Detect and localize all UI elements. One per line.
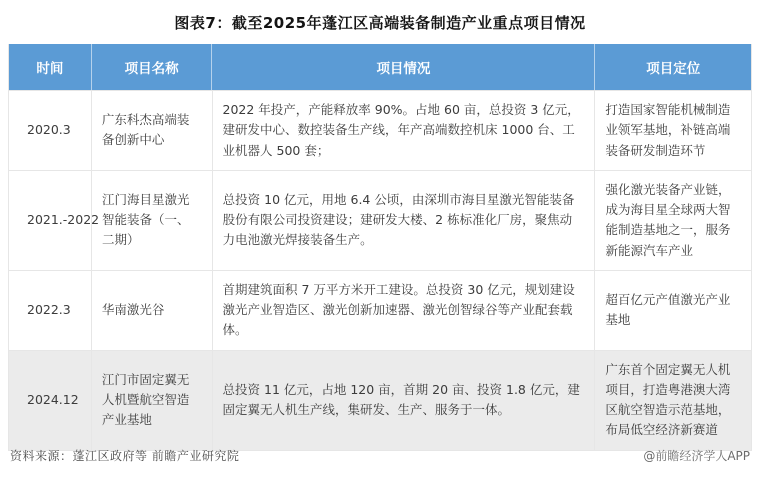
- cell-project-name: 江门市固定翼无人机暨航空智造产业基地: [91, 351, 212, 450]
- cell-project-detail: 总投资 11 亿元，占地 120 亩，首期 20 亩、投资 1.8 亿元，建固定…: [212, 351, 595, 450]
- cell-time: 2021.-2022: [9, 171, 91, 270]
- cell-time: 2024.12: [9, 351, 91, 450]
- cell-project-positioning: 强化激光装备产业链，成为海目星全球两大智能制造基地之一，服务新能源汽车产业: [594, 171, 751, 270]
- cell-project-detail: 总投资 10 亿元，用地 6.4 公顷，由深圳市海目星激光智能装备股份有限公司投…: [212, 171, 595, 270]
- header-cell-project-positioning: 项目定位: [594, 44, 751, 90]
- header-cell-project-name: 项目名称: [91, 44, 212, 90]
- cell-time: 2020.3: [9, 91, 91, 170]
- header-cell-project-detail: 项目情况: [211, 44, 594, 90]
- cell-project-name: 华南激光谷: [91, 271, 212, 350]
- page-title: 图表7：截至2025年蓬江区高端装备制造产业重点项目情况: [0, 12, 760, 33]
- table-row: 2021.-2022 江门海目星激光智能装备（一、二期） 总投资 10 亿元，用…: [9, 170, 751, 270]
- table-row: 2022.3 华南激光谷 首期建筑面积 7 万平方米开工建设。总投资 30 亿元…: [9, 270, 751, 350]
- projects-table: 时间 项目名称 项目情况 项目定位 2020.3 广东科杰高端装备创新中心 20…: [8, 44, 752, 451]
- cell-project-detail: 首期建筑面积 7 万平方米开工建设。总投资 30 亿元，规划建设激光产业智造区、…: [212, 271, 595, 350]
- cell-project-positioning: 超百亿元产值激光产业基地: [594, 271, 751, 350]
- cell-project-name: 江门海目星激光智能装备（一、二期）: [91, 171, 212, 270]
- cell-project-positioning: 打造国家智能机械制造业领军基地，补链高端装备研发制造环节: [594, 91, 751, 170]
- header-cell-time: 时间: [9, 44, 91, 90]
- cell-project-positioning: 广东首个固定翼无人机项目，打造粤港澳大湾区航空智造示范基地，布局低空经济新赛道: [594, 351, 751, 450]
- table-row: 2024.12 江门市固定翼无人机暨航空智造产业基地 总投资 11 亿元，占地 …: [9, 350, 751, 450]
- cell-project-name: 广东科杰高端装备创新中心: [91, 91, 212, 170]
- source-note: 资料来源：蓬江区政府等 前瞻产业研究院: [10, 447, 239, 464]
- credit-note: @前瞻经济学人APP: [643, 447, 750, 464]
- footer: 资料来源：蓬江区政府等 前瞻产业研究院 @前瞻经济学人APP: [0, 447, 760, 464]
- cell-project-detail: 2022 年投产，产能释放率 90%。占地 60 亩，总投资 3 亿元，建研发中…: [212, 91, 595, 170]
- table-header-row: 时间 项目名称 项目情况 项目定位: [9, 44, 751, 90]
- table-row: 2020.3 广东科杰高端装备创新中心 2022 年投产，产能释放率 90%。占…: [9, 90, 751, 170]
- cell-time: 2022.3: [9, 271, 91, 350]
